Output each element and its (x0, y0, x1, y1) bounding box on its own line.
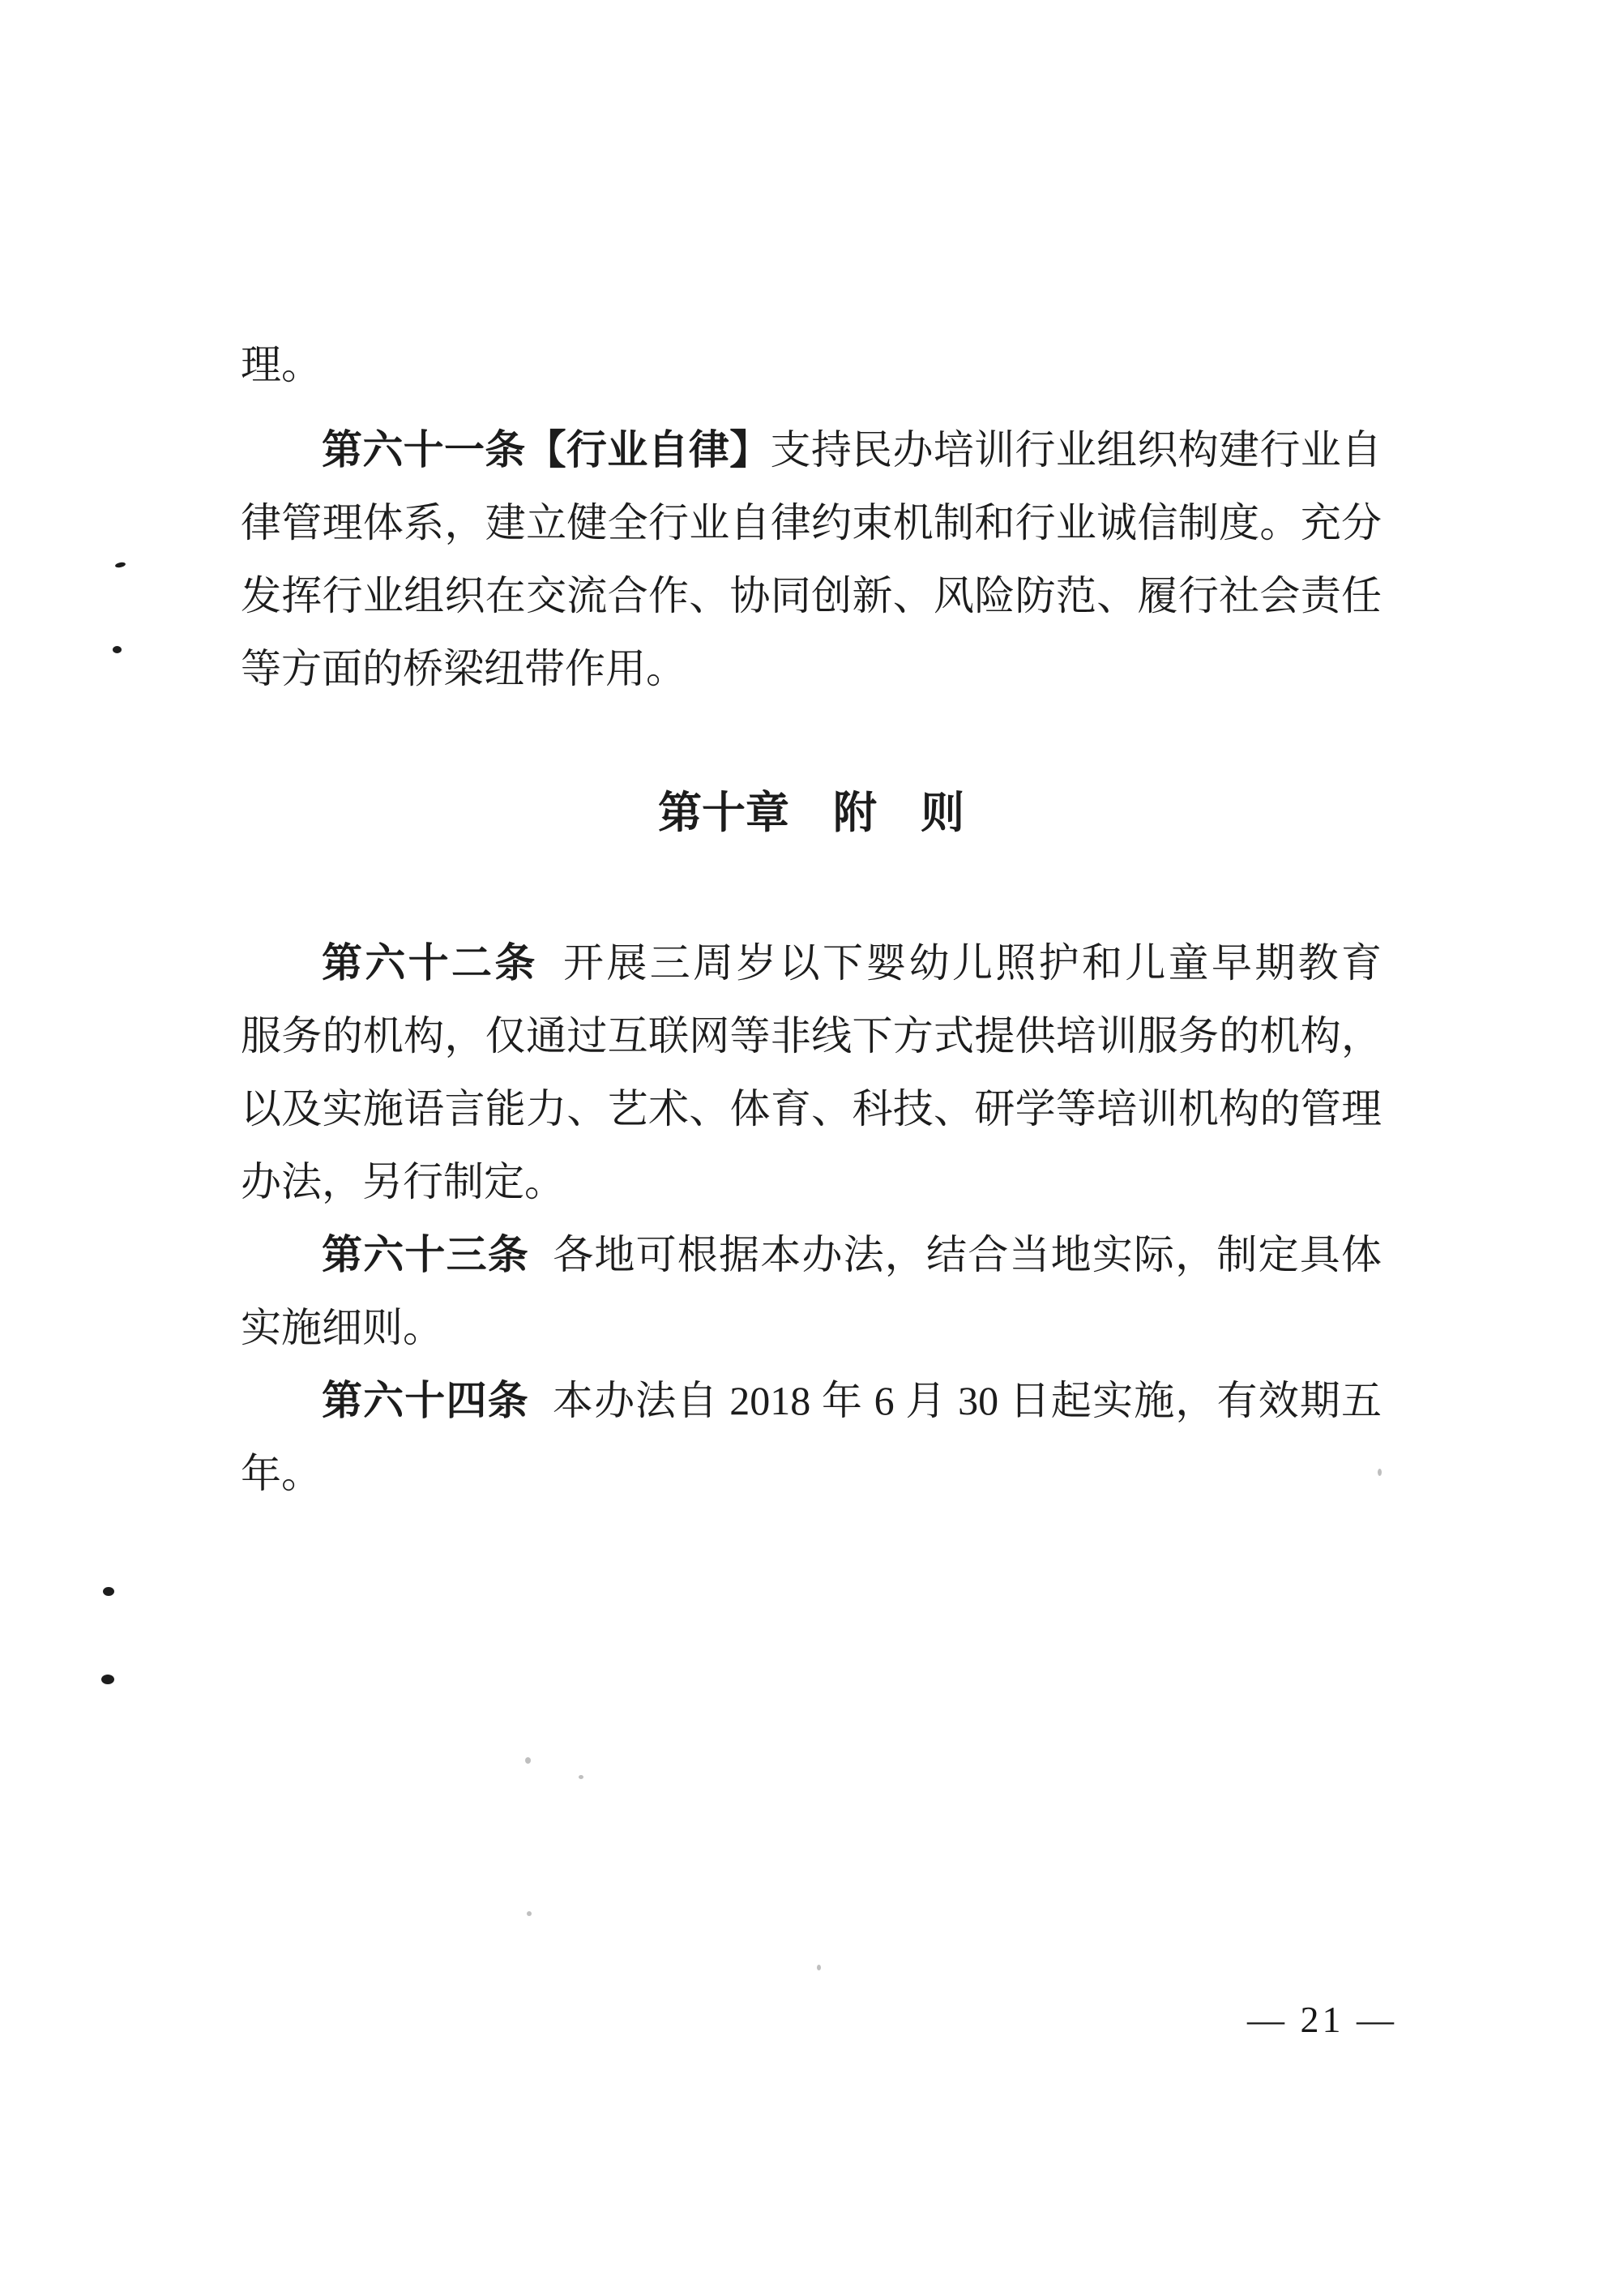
article-64-paragraph: 第六十四条本办法自 2018 年 6 月 30 日起实施，有效期五 年。 (241, 1364, 1382, 1510)
scan-speck (527, 1911, 532, 1916)
chapter-10-heading: 第十章 附 则 (241, 776, 1382, 849)
article-64-line-1-rest: 本办法自 2018 年 6 月 30 日起实施，有效期五 (552, 1378, 1382, 1423)
article-61-line-4: 等方面的桥梁纽带作用。 (241, 632, 1382, 705)
scanned-document-page: 理。 第六十一条【行业自律】支持民办培训行业组织构建行业自 律管理体系，建立健全… (0, 0, 1624, 2280)
article-61-line-2-text: 律管理体系，建立健全行业自律约束机制和行业诚信制度。充分 (241, 500, 1382, 545)
article-62-line-1: 第六十二条开展三周岁以下婴幼儿照护和儿童早期教育 (241, 926, 1382, 999)
article-61-line-4-text: 等方面的桥梁纽带作用。 (241, 646, 686, 691)
scan-speck (113, 646, 122, 653)
article-62-line-3: 以及实施语言能力、艺术、体育、科技、研学等培训机构的管理 (241, 1072, 1382, 1145)
article-64-head: 第六十四条 (322, 1378, 529, 1423)
article-62-line-2: 服务的机构，仅通过互联网等非线下方式提供培训服务的机构， (241, 999, 1382, 1072)
article-61-line-1-rest: 支持民办培训行业组织构建行业自 (771, 427, 1382, 473)
article-62-line-4-text: 办法，另行制定。 (241, 1159, 565, 1204)
article-61-paragraph: 第六十一条【行业自律】支持民办培训行业组织构建行业自 律管理体系，建立健全行业自… (241, 413, 1382, 705)
article-63-line-2: 实施细则。 (241, 1291, 1382, 1364)
scan-speck (101, 1675, 114, 1684)
article-61-head: 第六十一条【行业自律】 (322, 427, 771, 473)
scan-speck (525, 1757, 531, 1764)
article-62-paragraph: 第六十二条开展三周岁以下婴幼儿照护和儿童早期教育 服务的机构，仅通过互联网等非线… (241, 926, 1382, 1218)
article-61-line-3-text: 发挥行业组织在交流合作、协同创新、风险防范、履行社会责任 (241, 573, 1382, 618)
article-62-head: 第六十二条 (322, 940, 538, 986)
page-number: — 21 — (1247, 1994, 1397, 2046)
article-64-line-2: 年。 (241, 1437, 1382, 1510)
article-62-line-2-text: 服务的机构，仅通过互联网等非线下方式提供培训服务的机构， (241, 1013, 1382, 1059)
continuation-text: 理。 (241, 342, 322, 387)
continuation-line: 理。 (241, 328, 1382, 401)
scan-speck (1378, 1469, 1382, 1476)
article-63-line-1: 第六十三条各地可根据本办法，结合当地实际，制定具体 (241, 1218, 1382, 1291)
scan-speck (817, 1965, 821, 1970)
article-63-line-1-rest: 各地可根据本办法，结合当地实际，制定具体 (552, 1232, 1382, 1277)
scan-speck (115, 562, 126, 569)
scan-speck (579, 1775, 583, 1779)
document-body: 理。 第六十一条【行业自律】支持民办培训行业组织构建行业自 律管理体系，建立健全… (241, 0, 1382, 1510)
article-63-line-2-text: 实施细则。 (241, 1305, 443, 1350)
article-61-line-2: 律管理体系，建立健全行业自律约束机制和行业诚信制度。充分 (241, 486, 1382, 559)
article-62-line-4: 办法，另行制定。 (241, 1145, 1382, 1218)
article-64-line-1: 第六十四条本办法自 2018 年 6 月 30 日起实施，有效期五 (241, 1364, 1382, 1437)
article-63-head: 第六十三条 (322, 1232, 529, 1277)
article-61-line-3: 发挥行业组织在交流合作、协同创新、风险防范、履行社会责任 (241, 559, 1382, 632)
chapter-10-heading-text: 第十章 附 则 (658, 789, 964, 837)
article-62-line-1-rest: 开展三周岁以下婴幼儿照护和儿童早期教育 (561, 940, 1382, 986)
article-64-line-2-text: 年。 (241, 1451, 322, 1496)
article-63-paragraph: 第六十三条各地可根据本办法，结合当地实际，制定具体 实施细则。 (241, 1218, 1382, 1364)
article-61-line-1: 第六十一条【行业自律】支持民办培训行业组织构建行业自 (241, 413, 1382, 486)
scan-speck (103, 1587, 114, 1596)
article-62-line-3-text: 以及实施语言能力、艺术、体育、科技、研学等培训机构的管理 (241, 1086, 1382, 1131)
